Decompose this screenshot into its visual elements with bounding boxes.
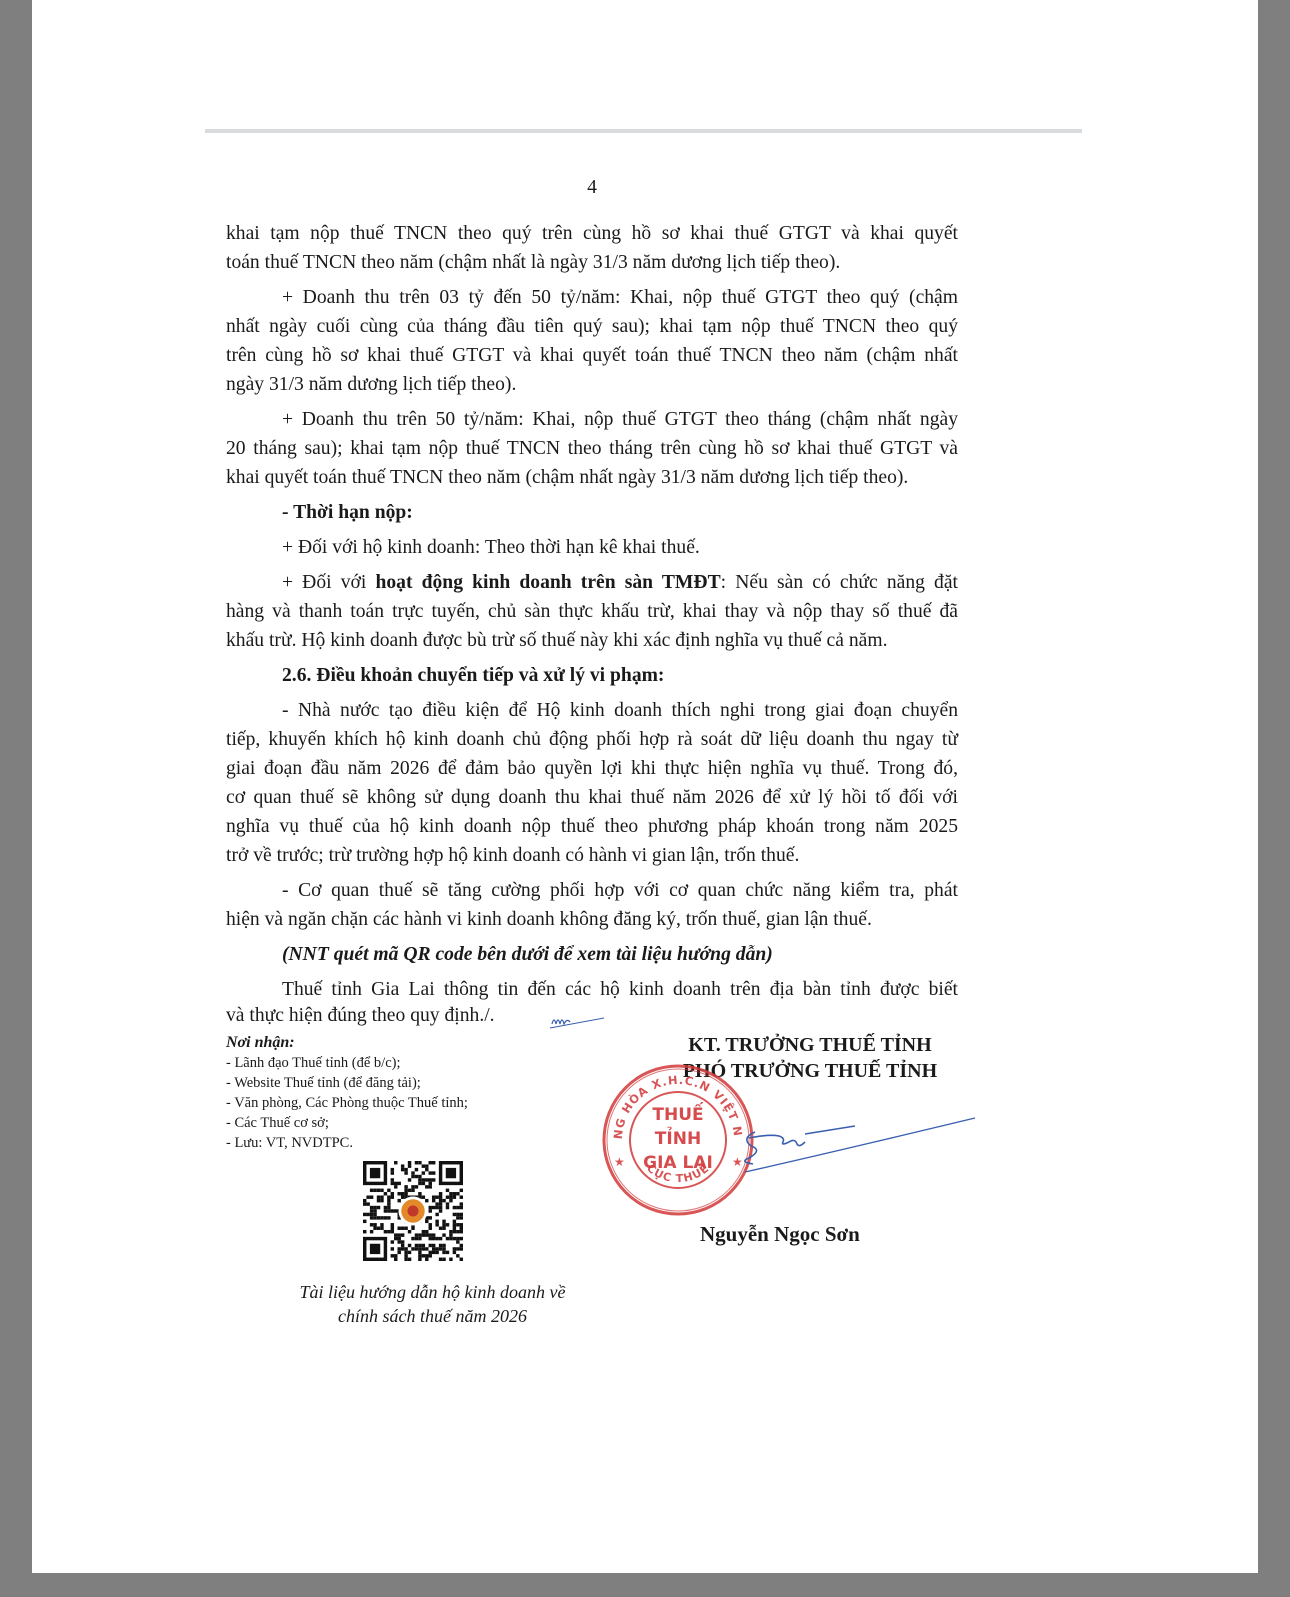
- body-line: trên cùng hồ sơ khai thuế GTGT và khai q…: [226, 344, 958, 368]
- body-line: + Doanh thu trên 03 tỷ đến 50 tỷ/năm: Kh…: [226, 286, 958, 310]
- body-line: hàng và thanh toán trực tuyến, chủ sàn t…: [226, 600, 958, 624]
- body-line: trở về trước; trừ trường hợp hộ kinh doa…: [226, 844, 958, 868]
- body-line: ngày 31/3 năm dương lịch tiếp theo).: [226, 373, 958, 397]
- recipient-item: - Các Thuế cơ sở;: [226, 1113, 468, 1133]
- tmdt-bold: hoạt động kinh doanh trên sàn TMĐT: [375, 572, 720, 593]
- tmdt-suffix: : Nếu sàn có chức năng đặt: [721, 572, 958, 593]
- recipients-title: Nơi nhận:: [226, 1033, 468, 1053]
- tmdt-prefix: + Đối với: [282, 572, 375, 593]
- qr-caption-line: chính sách thuế năm 2026: [250, 1304, 615, 1328]
- qr-caption-line: Tài liệu hướng dẫn hộ kinh doanh về: [250, 1280, 615, 1304]
- signer-name: Nguyễn Ngọc Sơn: [700, 1222, 920, 1247]
- recipients-block: Nơi nhận: - Lãnh đạo Thuế tỉnh (để b/c);…: [226, 1033, 468, 1153]
- body-line: - Nhà nước tạo điều kiện để Hộ kinh doan…: [226, 699, 958, 723]
- body-line: toán thuế TNCN theo năm (chậm nhất là ng…: [226, 251, 958, 275]
- section-heading-2-6: 2.6. Điều khoản chuyển tiếp và xử lý vi …: [226, 664, 958, 688]
- body-line: khấu trừ. Hộ kinh doanh được bù trừ số t…: [226, 629, 958, 653]
- signature-title-1: KT. TRƯỞNG THUẾ TỈNH: [610, 1032, 1010, 1058]
- body-line: khai tạm nộp thuế TNCN theo quý trên cùn…: [226, 222, 958, 246]
- section-heading-deadline: - Thời hạn nộp:: [226, 501, 958, 525]
- body-line: tiếp, khuyến khích hộ kinh doanh chủ độn…: [226, 728, 958, 752]
- handwritten-signature-icon: [735, 1110, 980, 1180]
- svg-text:★: ★: [614, 1155, 625, 1169]
- svg-text:THUẾ: THUẾ: [652, 1101, 704, 1125]
- official-stamp-icon: CỘNG HÒA X.H.C.N VIỆT NAM CỤC THUẾ ★ ★ T…: [600, 1062, 756, 1218]
- body-line: + Doanh thu trên 50 tỷ/năm: Khai, nộp th…: [226, 408, 958, 432]
- body-line-tmdt: + Đối với hoạt động kinh doanh trên sàn …: [226, 571, 958, 595]
- page-number: 4: [226, 177, 958, 199]
- body-line: hiện và ngăn chặn các hành vi kinh doanh…: [226, 908, 958, 932]
- body-line: 20 tháng sau); khai tạm nộp thuế TNCN th…: [226, 437, 958, 461]
- body-line: nhất ngày cuối cùng của tháng đầu tiên q…: [226, 315, 958, 339]
- qr-caption: Tài liệu hướng dẫn hộ kinh doanh về chín…: [250, 1280, 615, 1328]
- header-rule: [205, 129, 1082, 133]
- initial-mark-icon: [548, 1008, 608, 1032]
- recipient-item: - Website Thuế tỉnh (để đăng tải);: [226, 1073, 468, 1093]
- body-line: khai quyết toán thuế TNCN theo năm (chậm…: [226, 466, 958, 490]
- recipient-item: - Lãnh đạo Thuế tỉnh (để b/c);: [226, 1053, 468, 1073]
- body-line: + Đối với hộ kinh doanh: Theo thời hạn k…: [226, 536, 958, 560]
- qr-code[interactable]: [363, 1161, 463, 1261]
- body-line: nghĩa vụ thuế của hộ kinh doanh nộp thuế…: [226, 815, 958, 839]
- qr-instruction: (NNT quét mã QR code bên dưới để xem tài…: [226, 943, 958, 967]
- recipient-item: - Văn phòng, Các Phòng thuộc Thuế tỉnh;: [226, 1093, 468, 1113]
- body-line: - Cơ quan thuế sẽ tăng cường phối hợp vớ…: [226, 879, 958, 903]
- body-line: cơ quan thuế sẽ không sử dụng doanh thu …: [226, 786, 958, 810]
- svg-text:TỈNH: TỈNH: [655, 1126, 701, 1149]
- recipient-item: - Lưu: VT, NVDTPC.: [226, 1133, 468, 1153]
- body-line: Thuế tỉnh Gia Lai thông tin đến các hộ k…: [226, 978, 958, 1002]
- body-line: giai đoạn đầu năm 2026 để đảm bảo quyền …: [226, 757, 958, 781]
- svg-text:GIA LAI: GIA LAI: [643, 1153, 713, 1173]
